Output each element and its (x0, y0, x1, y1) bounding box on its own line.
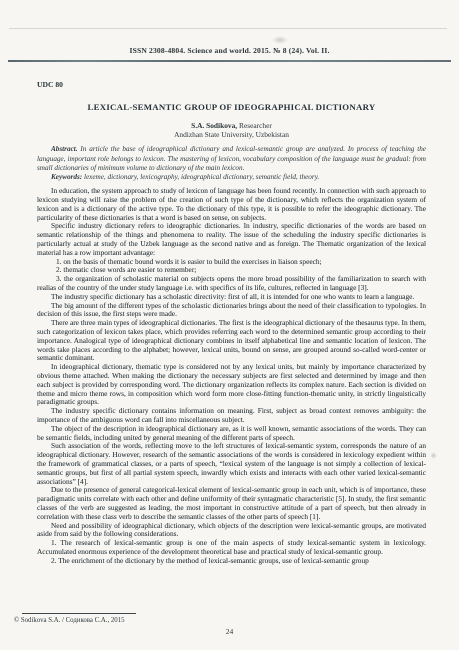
keywords-text: lexeme, dictionary, lexicography, ideogr… (84, 173, 319, 181)
advantage-text: the organization of scholastic material … (37, 274, 426, 292)
abstract-text: In article the base of ideographical dic… (37, 145, 426, 171)
scan-artifact (430, 452, 437, 459)
body-text: In education, the system approach to stu… (37, 187, 426, 565)
consideration-item: 2. The enrichment of the dictionary by t… (37, 557, 426, 566)
abstract-label: Abstract. (51, 145, 78, 153)
author-line: S.A. Sodikova, Researcher (37, 121, 426, 130)
advantage-text: on the basis of thematic bound words it … (63, 257, 321, 266)
consideration-text: The research of lexical-semantic group i… (37, 538, 426, 556)
paragraph: Such association of the words, reflectin… (37, 442, 426, 486)
paragraph: The big amount of the different types of… (37, 302, 426, 320)
paragraph: The object of the description in ideogra… (37, 425, 426, 443)
abstract: Abstract. In article the base of ideogra… (37, 145, 426, 173)
author-affiliation: Andizhan State University, Uzbekistan (37, 130, 426, 139)
advantage-item: 3. the organization of scholastic materi… (37, 275, 426, 293)
paragraph: Specific industry dictionary refers to i… (37, 222, 426, 257)
paragraph: The industry specific dictionary contain… (37, 407, 426, 425)
article-title: LEXICAL-SEMANTIC GROUP OF IDEOGRAPHICAL … (37, 102, 426, 112)
page-number: 24 (0, 627, 459, 636)
advantage-text: thematic close words are easier to remem… (63, 265, 196, 274)
paragraph: Need and possibility of ideographical di… (37, 522, 426, 540)
scan-artifact (272, 36, 288, 44)
udc-code: UDC 80 (37, 80, 426, 89)
keywords: Keywords: lexeme, dictionary, lexicograp… (37, 173, 426, 182)
paragraph: In ideographical dictionary, thematic ty… (37, 363, 426, 407)
journal-issn-header: ISSN 2308-4804. Science and world. 2015.… (0, 46, 459, 55)
article-content: UDC 80 LEXICAL-SEMANTIC GROUP OF IDEOGRA… (37, 80, 426, 565)
paragraph: There are three main types of ideographi… (37, 319, 426, 363)
top-edge-line (9, 28, 447, 29)
paragraph: In education, the system approach to stu… (37, 187, 426, 222)
author-role: Researcher (239, 121, 272, 130)
copyright-line: © Sodikova S.A. / Содикова С.А., 2015 (14, 617, 124, 624)
header-divider (8, 60, 451, 62)
consideration-number: 2. (51, 556, 57, 565)
consideration-item: 1. The research of lexical-semantic grou… (37, 539, 426, 557)
consideration-number: 1. (51, 538, 57, 547)
consideration-text: The enrichment of the dictionary by the … (58, 556, 369, 565)
author-block: S.A. Sodikova, Researcher Andizhan State… (37, 121, 426, 139)
keywords-label: Keywords: (51, 173, 82, 181)
author-name: S.A. Sodikova, (191, 121, 237, 130)
scanned-paper-page: ISSN 2308-4804. Science and world. 2015.… (0, 0, 459, 650)
advantage-number: 1. (56, 257, 62, 266)
paragraph: Due to the presence of general categoric… (37, 486, 426, 521)
advantage-number: 2. (56, 265, 62, 274)
advantage-number: 3. (56, 274, 62, 283)
footnote-divider (22, 613, 136, 614)
